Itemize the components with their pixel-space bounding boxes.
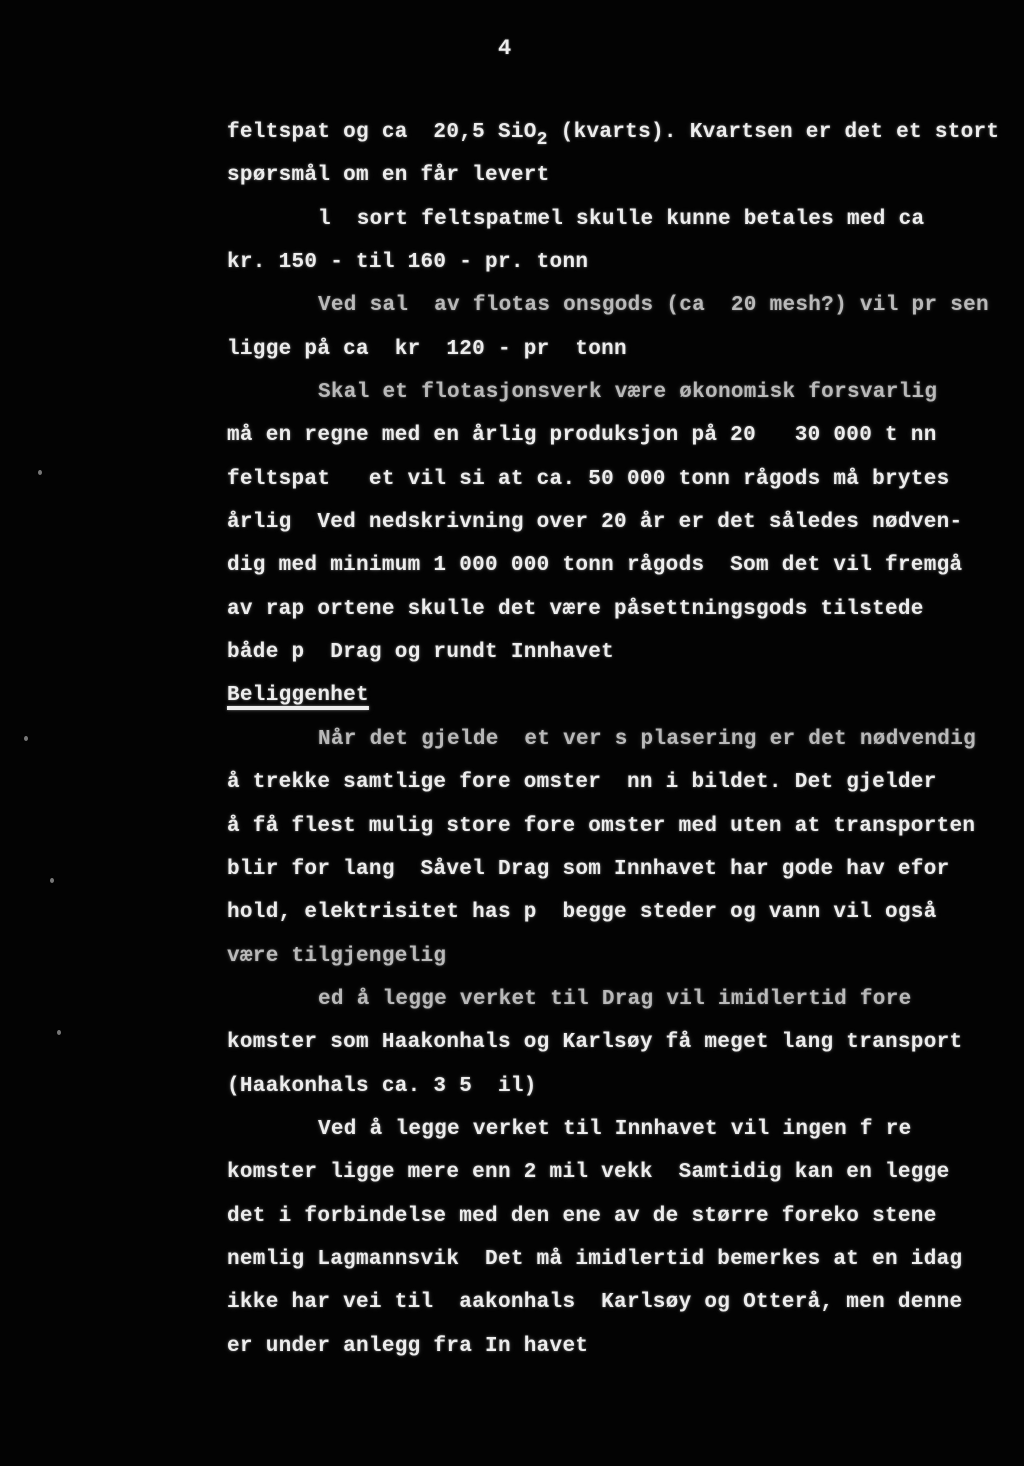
text-line: hold, elektrisitet has p begge steder og… bbox=[227, 891, 1017, 934]
text-segment: ed å legge verket til Drag vil imidlerti… bbox=[318, 988, 912, 1011]
text-line: ligge på ca kr 120 - pr tonn bbox=[227, 328, 1017, 371]
text-segment: kr. 150 - til 160 - pr. tonn bbox=[227, 251, 588, 274]
text-segment: årlig Ved nedskrivning over 20 år er det… bbox=[227, 511, 962, 534]
text-line: Skal et flotasjonsverk være økonomisk fo… bbox=[227, 371, 1017, 414]
text-segment: være tilgjengelig bbox=[227, 945, 446, 968]
text-line: det i forbindelse med den ene av de stør… bbox=[227, 1195, 1017, 1238]
text-line: ed å legge verket til Drag vil imidlerti… bbox=[227, 978, 1017, 1021]
text-line: nemlig Lagmannsvik Det må imidlertid bem… bbox=[227, 1238, 1017, 1281]
film-speck bbox=[50, 878, 54, 883]
text-line: kr. 150 - til 160 - pr. tonn bbox=[227, 241, 1017, 284]
text-line: å få flest mulig store fore omster med u… bbox=[227, 805, 1017, 848]
text-line: komster ligge mere enn 2 mil vekk Samtid… bbox=[227, 1151, 1017, 1194]
text-segment: å trekke samtlige fore omster nn i bilde… bbox=[227, 771, 937, 794]
text-line: feltspat et vil si at ca. 50 000 tonn rå… bbox=[227, 458, 1017, 501]
text-line: Ved å legge verket til Innhavet vil inge… bbox=[227, 1108, 1017, 1151]
text-segment: Skal et flotasjonsverk være økonomisk fo… bbox=[318, 381, 937, 404]
text-line: komster som Haakonhals og Karlsøy få meg… bbox=[227, 1021, 1017, 1064]
text-segment: feltspat og ca 20,5 SiO bbox=[227, 121, 537, 144]
subscript-text: 2 bbox=[537, 119, 548, 162]
text-line: være tilgjengelig bbox=[227, 935, 1017, 978]
text-segment: å få flest mulig store fore omster med u… bbox=[227, 815, 975, 838]
text-segment: det i forbindelse med den ene av de stør… bbox=[227, 1205, 937, 1228]
text-segment: dig med minimum 1 000 000 tonn rågods So… bbox=[227, 554, 962, 577]
text-segment: må en regne med en årlig produksjon på 2… bbox=[227, 424, 937, 447]
text-line: både p Drag og rundt Innhavet bbox=[227, 631, 1017, 674]
film-speck bbox=[57, 1030, 61, 1035]
section-heading: Beliggenhet bbox=[227, 674, 1017, 717]
film-speck bbox=[24, 736, 28, 741]
text-segment: blir for lang Såvel Drag som Innhavet ha… bbox=[227, 858, 950, 881]
film-speck bbox=[38, 470, 42, 475]
text-line: årlig Ved nedskrivning over 20 år er det… bbox=[227, 501, 1017, 544]
text-segment: Ved sal av flotas onsgods (ca 20 mesh?) … bbox=[318, 294, 989, 317]
text-segment: komster som Haakonhals og Karlsøy få meg… bbox=[227, 1031, 962, 1054]
text-line: blir for lang Såvel Drag som Innhavet ha… bbox=[227, 848, 1017, 891]
text-segment: (Haakonhals ca. 3 5 il) bbox=[227, 1075, 537, 1098]
text-line: å trekke samtlige fore omster nn i bilde… bbox=[227, 761, 1017, 804]
text-line: av rap ortene skulle det være påsettning… bbox=[227, 588, 1017, 631]
text-segment: ikke har vei til aakonhals Karlsøy og Ot… bbox=[227, 1291, 962, 1314]
text-line: Ved sal av flotas onsgods (ca 20 mesh?) … bbox=[227, 284, 1017, 327]
text-line: må en regne med en årlig produksjon på 2… bbox=[227, 414, 1017, 457]
text-line: er under anlegg fra In havet bbox=[227, 1325, 1017, 1368]
text-line: spørsmål om en får levert bbox=[227, 154, 1017, 197]
text-segment: spørsmål om en får levert bbox=[227, 164, 550, 187]
text-segment: Når det gjelde et ver s plasering er det… bbox=[318, 728, 976, 751]
text-segment: nemlig Lagmannsvik Det må imidlertid bem… bbox=[227, 1248, 962, 1271]
text-segment: av rap ortene skulle det være påsettning… bbox=[227, 598, 924, 621]
text-segment: ligge på ca kr 120 - pr tonn bbox=[227, 338, 627, 361]
text-segment: l sort feltspatmel skulle kunne betales … bbox=[318, 208, 924, 231]
typed-text-block: feltspat og ca 20,5 SiO2 (kvarts). Kvart… bbox=[227, 111, 1017, 1368]
text-line: (Haakonhals ca. 3 5 il) bbox=[227, 1065, 1017, 1108]
scanned-document-page: 4 feltspat og ca 20,5 SiO2 (kvarts). Kva… bbox=[0, 0, 1024, 1466]
text-segment: Ved å legge verket til Innhavet vil inge… bbox=[318, 1118, 912, 1141]
text-segment: hold, elektrisitet has p begge steder og… bbox=[227, 901, 937, 924]
text-line: ikke har vei til aakonhals Karlsøy og Ot… bbox=[227, 1281, 1017, 1324]
text-segment: feltspat et vil si at ca. 50 000 tonn rå… bbox=[227, 468, 950, 491]
text-segment: Beliggenhet bbox=[227, 684, 369, 707]
text-segment: komster ligge mere enn 2 mil vekk Samtid… bbox=[227, 1161, 950, 1184]
text-segment: er under anlegg fra In havet bbox=[227, 1335, 588, 1358]
text-line: Når det gjelde et ver s plasering er det… bbox=[227, 718, 1017, 761]
text-line: feltspat og ca 20,5 SiO2 (kvarts). Kvart… bbox=[227, 111, 1017, 154]
text-line: dig med minimum 1 000 000 tonn rågods So… bbox=[227, 544, 1017, 587]
text-segment: både p Drag og rundt Innhavet bbox=[227, 641, 614, 664]
page-number: 4 bbox=[498, 36, 511, 61]
text-segment: (kvarts). Kvartsen er det et stort bbox=[548, 121, 1000, 144]
text-line: l sort feltspatmel skulle kunne betales … bbox=[227, 198, 1017, 241]
